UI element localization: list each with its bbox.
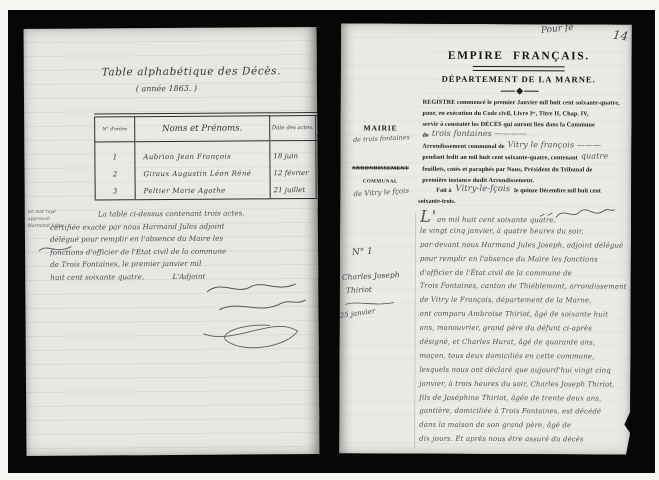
mairie-commune-value: de trois fontaines xyxy=(342,133,420,145)
act-line: pour remplir en l'absence du Maire les f… xyxy=(420,254,632,269)
act-line: ont comparu Ambroise Thiriot, âgé de soi… xyxy=(420,310,632,325)
margin-note-line: Harmand Jules xyxy=(28,223,90,230)
act-line: dans la maison de son grand père, âgé de xyxy=(419,421,632,436)
alphabetical-table-year: ( année 1863. ) xyxy=(59,83,274,94)
act-line: lesquels nous ont déclaré que aujourd'hu… xyxy=(419,366,632,381)
row-act-date: 21 juillet xyxy=(270,181,316,199)
act-line: ans, manouvrier, grand père du défunt ci… xyxy=(420,324,632,339)
ornament-divider xyxy=(501,87,539,95)
act-line: de Vitry le François, département de la … xyxy=(420,296,632,311)
mairie-label: MAIRIE xyxy=(340,123,420,132)
folio-number: 14 xyxy=(612,28,629,44)
adjoint-signature xyxy=(193,275,319,371)
row-act-date: 18 juin xyxy=(270,140,316,164)
death-act-body: L'an mil huit cent soixante quatre, le v… xyxy=(414,213,632,450)
communal-value: de Vitry le fçois xyxy=(340,186,422,199)
folio-annotation: Pour fê xyxy=(540,23,574,36)
fait-a-line: Fait àVitry-le-fçoisle quinze Décembre m… xyxy=(436,185,632,196)
left-page: Table alphabétique des Décès. ( année 18… xyxy=(24,27,320,456)
margin-approval-note: un mot rayé approuvé Harmand Jules xyxy=(28,209,90,230)
column-header-date: Date des actes. xyxy=(270,114,316,141)
certification-paragraph: La table ci-dessus contenant trois actes… xyxy=(50,207,320,284)
departement-heading: DÉPARTEMENT DE LA MARNE. xyxy=(419,74,619,85)
registre-line: pour, en exécution du Code civil, Livre … xyxy=(423,108,629,120)
table-row: 3 Peltier Marie Agathe 21 juillet 3 xyxy=(95,181,319,200)
column-header-order: N° d'ordre xyxy=(95,115,135,142)
communal-label: COMMUNAL xyxy=(340,179,420,184)
act-line: L'an mil huit cent soixante quatre, xyxy=(420,213,632,228)
row-act-date: 12 février xyxy=(270,164,316,181)
row-name: Giraux Augustin Léon Réné xyxy=(135,164,270,182)
act-line: par-devant nous Harmand Jules Joseph, ad… xyxy=(420,240,632,255)
empire-heading: EMPIRE FRANÇAIS. xyxy=(419,50,619,63)
act-name-flourish xyxy=(344,299,396,307)
act-line: gantière, domiciliée à Trois Fontaines, … xyxy=(419,407,632,422)
act-number: N° 1 xyxy=(352,247,374,258)
fait-a-line2: soixante-trois. xyxy=(418,198,455,205)
registre-opening-paragraph: REGISTRE commencé le premier Janvier mil… xyxy=(422,97,628,187)
act-line: désigné, et Charles Hurat, âgé de quaran… xyxy=(420,338,632,353)
table-header-row: N° d'ordre Noms et Prénoms. Date des act… xyxy=(95,114,320,142)
row-order-number: 1 xyxy=(95,142,135,166)
row-order-number: 2 xyxy=(95,165,135,182)
column-header-names: Noms et Prénoms. xyxy=(135,114,270,141)
row-name: Aubrion Jean François xyxy=(135,141,270,165)
right-page: Pour fê 14 EMPIRE FRANÇAIS. DÉPARTEMENT … xyxy=(339,23,632,454)
registre-line-feuillets-fill: pendant ledit an mil huit cent soixante-… xyxy=(422,152,628,164)
registre-line: feuillets, cotés et paraphés par Nous, P… xyxy=(422,163,628,175)
deces-index-table: N° d'ordre Noms et Prénoms. Date des act… xyxy=(94,112,319,201)
row-name: Peltier Marie Agathe xyxy=(135,181,270,199)
table-row: 2 Giraux Augustin Léon Réné 12 février 1 xyxy=(95,164,320,183)
alphabetical-table-title: Table alphabétique des Décès. xyxy=(79,65,304,79)
table-row: 1 Aubrion Jean François 18 juin 2 xyxy=(95,140,320,165)
act-line: fils de Joséphine Thiriot, âgée de trent… xyxy=(419,393,632,408)
registre-line: REGISTRE commencé le premier Janvier mil… xyxy=(423,97,629,109)
row-order-number: 3 xyxy=(95,182,135,200)
act-deceased-name-line2: Thiriot xyxy=(346,285,372,295)
register-scan-spread: Table alphabétique des Décès. ( année 18… xyxy=(0,0,659,480)
certification-line-end: huit cent soixante quatre. xyxy=(50,272,144,282)
act-line: d'officier de l'État civil de la commune… xyxy=(420,268,632,283)
act-date: 25 janvier xyxy=(339,307,375,320)
arrondissement-label: ARRONDISSEMENT xyxy=(340,165,420,171)
act-line: Trois Fontaines, canton de Thiéblemont, … xyxy=(420,282,632,297)
act-line: maçon, tous deux domiciliés en cette com… xyxy=(419,352,631,367)
act-line: dix jours. Et après nous être assuré du … xyxy=(419,435,632,450)
act-deceased-name-line1: Charles Joseph xyxy=(342,270,400,282)
act-line: le vingt cinq janvier, à quatre heures d… xyxy=(420,227,632,242)
heading-divider xyxy=(473,66,565,71)
act-line: janvier, à trois heures du soir, Charles… xyxy=(419,379,632,394)
margin-initials-flourish xyxy=(37,241,73,257)
